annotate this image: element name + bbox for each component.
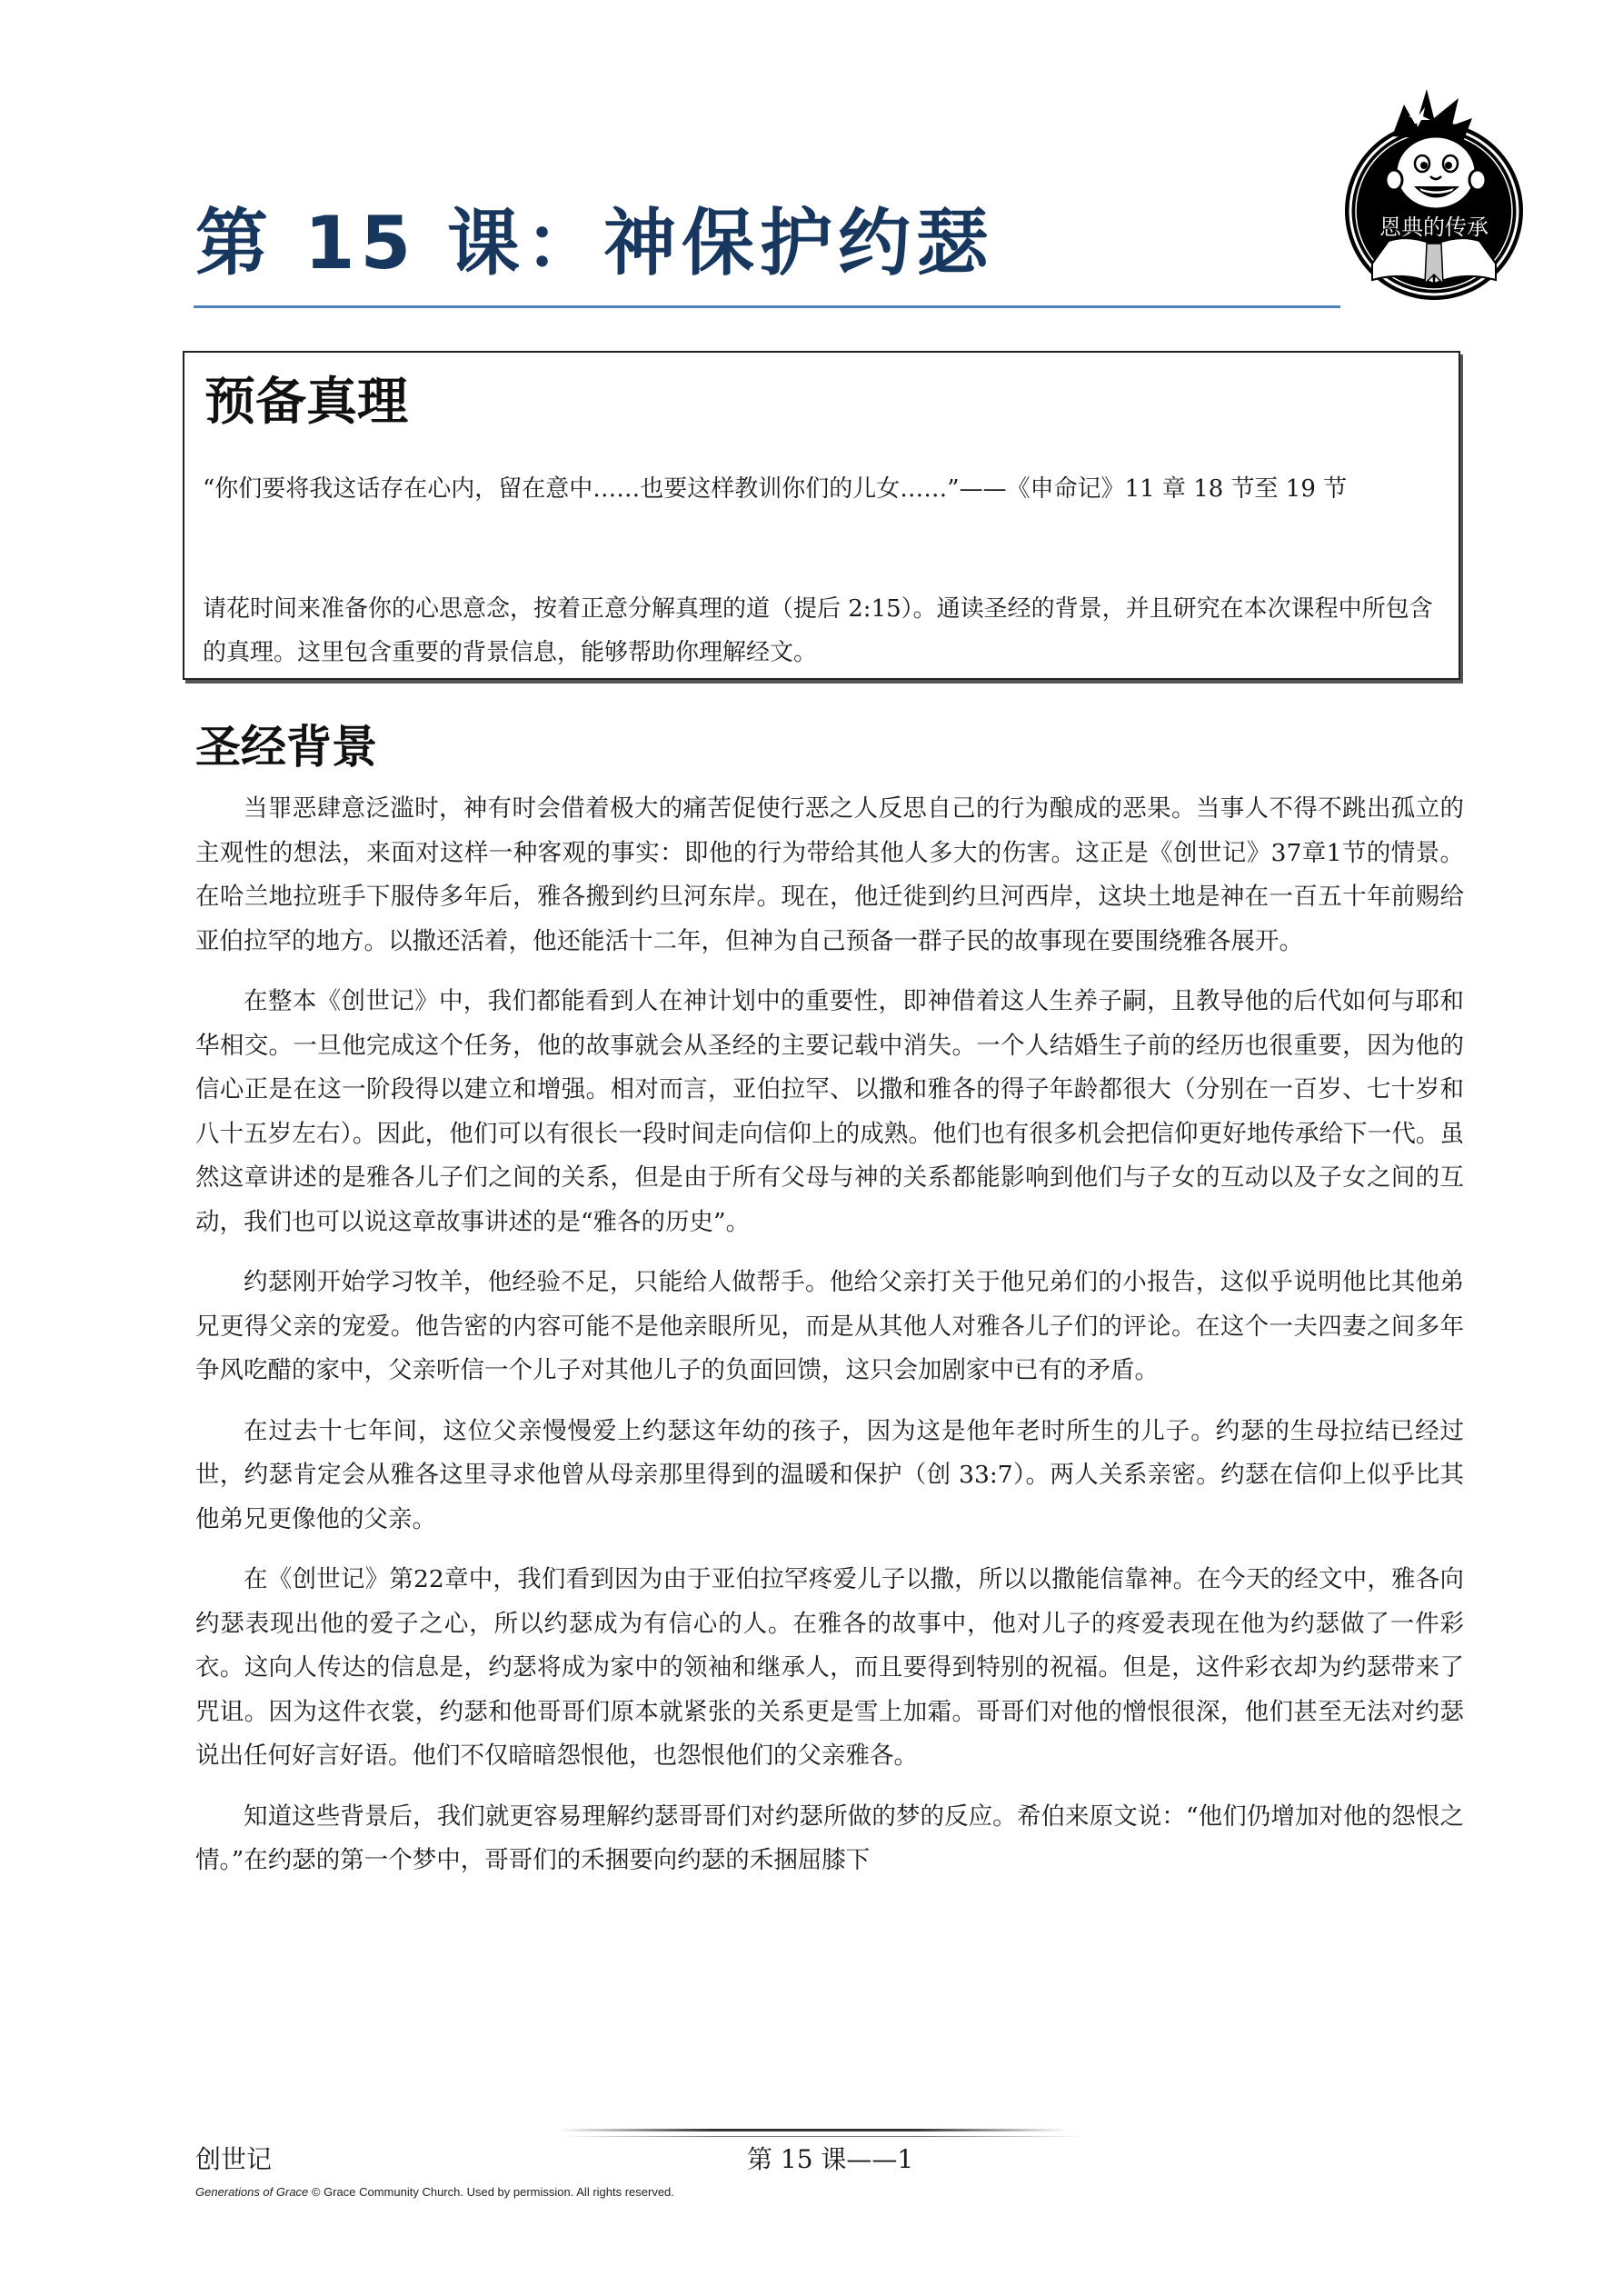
background-paragraph: 约瑟刚开始学习牧羊，他经验不足，只能给人做帮手。他给父亲打关于他兄弟们的小报告，…	[195, 1261, 1464, 1393]
preparation-truth-box: 预备真理 “你们要将我这话存在心内，留在意中……也要这样教训你们的儿女……”——…	[183, 351, 1460, 680]
footer-book-name: 创世记	[195, 2141, 272, 2178]
lesson-title: 第 15 课：神保护约瑟	[195, 198, 994, 289]
background-paragraph: 在整本《创世记》中，我们都能看到人在神计划中的重要性，即神借着这人生养子嗣，且教…	[195, 980, 1464, 1244]
background-paragraph: 在过去十七年间，这位父亲慢慢爱上约瑟这年幼的孩子，因为这是他年老时所生的儿子。约…	[195, 1410, 1464, 1542]
title-divider	[194, 305, 1340, 308]
footer-page-number: 第 15 课——1	[747, 2141, 913, 2178]
bible-background-heading: 圣经背景	[195, 718, 377, 776]
background-paragraph: 知道这些背景后，我们就更容易理解约瑟哥哥们对约瑟所做的梦的反应。希伯来原文说：“…	[195, 1795, 1464, 1883]
truth-box-heading: 预备真理	[204, 371, 408, 434]
preparation-instructions: 请花时间来准备你的心思意念，按着正意分解真理的道（提后 2:15）。通读圣经的背…	[203, 587, 1439, 674]
copyright-title: Generations of Grace	[195, 2185, 308, 2199]
memory-verse-quote: “你们要将我这话存在心内，留在意中……也要这样教训你们的儿女……”——《申命记》…	[203, 467, 1439, 511]
background-paragraph: 当罪恶肆意泛滥时，神有时会借着极大的痛苦促使行恶之人反思自己的行为酿成的恶果。当…	[195, 787, 1464, 963]
footer-divider-thin	[559, 2136, 1086, 2137]
logo-text: 恩典的传承	[1379, 215, 1489, 240]
background-paragraph: 在《创世记》第22章中，我们看到因为由于亚伯拉罕疼爱儿子以撒，所以以撒能信靠神。…	[195, 1558, 1464, 1779]
footer-divider	[559, 2129, 1068, 2131]
generations-of-grace-logo-icon: 恩典的传承	[1336, 82, 1532, 300]
copyright-text: © Grace Community Church. Used by permis…	[308, 2185, 674, 2199]
bible-background-body: 当罪恶肆意泛滥时，神有时会借着极大的痛苦促使行恶之人反思自己的行为酿成的恶果。当…	[195, 787, 1464, 1900]
copyright-notice: Generations of Grace © Grace Community C…	[195, 2184, 674, 2201]
